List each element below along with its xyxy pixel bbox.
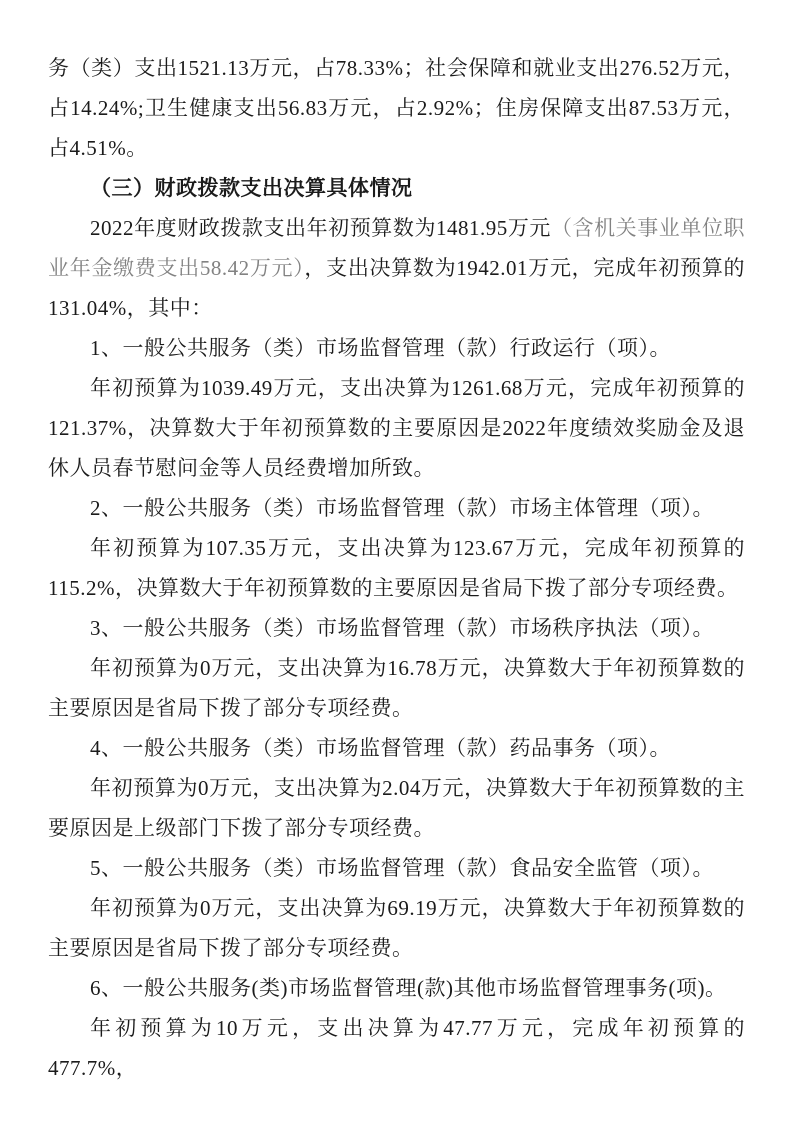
- continued-expenditure-paragraph: 务（类）支出1521.13万元，占78.33%；社会保障和就业支出276.52万…: [48, 48, 745, 168]
- item-6-detail: 年初预算为10万元，支出决算为47.77万元，完成年初预算的477.7%，: [48, 1008, 745, 1088]
- item-5-title: 5、一般公共服务（类）市场监督管理（款）食品安全监管（项）。: [48, 848, 745, 888]
- item-5-detail: 年初预算为0万元，支出决算为69.19万元，决算数大于年初预算数的主要原因是省局…: [48, 888, 745, 968]
- item-2-title: 2、一般公共服务（类）市场监督管理（款）市场主体管理（项）。: [48, 488, 745, 528]
- item-1-detail: 年初预算为1039.49万元，支出决算为1261.68万元，完成年初预算的121…: [48, 368, 745, 488]
- section-heading: （三）财政拨款支出决算具体情况: [48, 168, 745, 208]
- item-6-title: 6、一般公共服务(类)市场监督管理(款)其他市场监督管理事务(项)。: [48, 968, 745, 1008]
- item-4-detail: 年初预算为0万元，支出决算为2.04万元，决算数大于年初预算数的主要原因是上级部…: [48, 768, 745, 848]
- document-page: 务（类）支出1521.13万元，占78.33%；社会保障和就业支出276.52万…: [0, 0, 793, 1122]
- item-4-title: 4、一般公共服务（类）市场监督管理（款）药品事务（项）。: [48, 728, 745, 768]
- item-1-title: 1、一般公共服务（类）市场监督管理（款）行政运行（项）。: [48, 328, 745, 368]
- item-3-detail: 年初预算为0万元，支出决算为16.78万元，决算数大于年初预算数的主要原因是省局…: [48, 648, 745, 728]
- item-3-title: 3、一般公共服务（类）市场监督管理（款）市场秩序执法（项）。: [48, 608, 745, 648]
- report-body: 务（类）支出1521.13万元，占78.33%；社会保障和就业支出276.52万…: [48, 48, 745, 1088]
- intro-text-before-note: 2022年度财政拨款支出年初预算数为1481.95万元: [90, 216, 551, 240]
- intro-paragraph: 2022年度财政拨款支出年初预算数为1481.95万元（含机关事业单位职业年金缴…: [48, 208, 745, 328]
- item-2-detail: 年初预算为107.35万元，支出决算为123.67万元，完成年初预算的115.2…: [48, 528, 745, 608]
